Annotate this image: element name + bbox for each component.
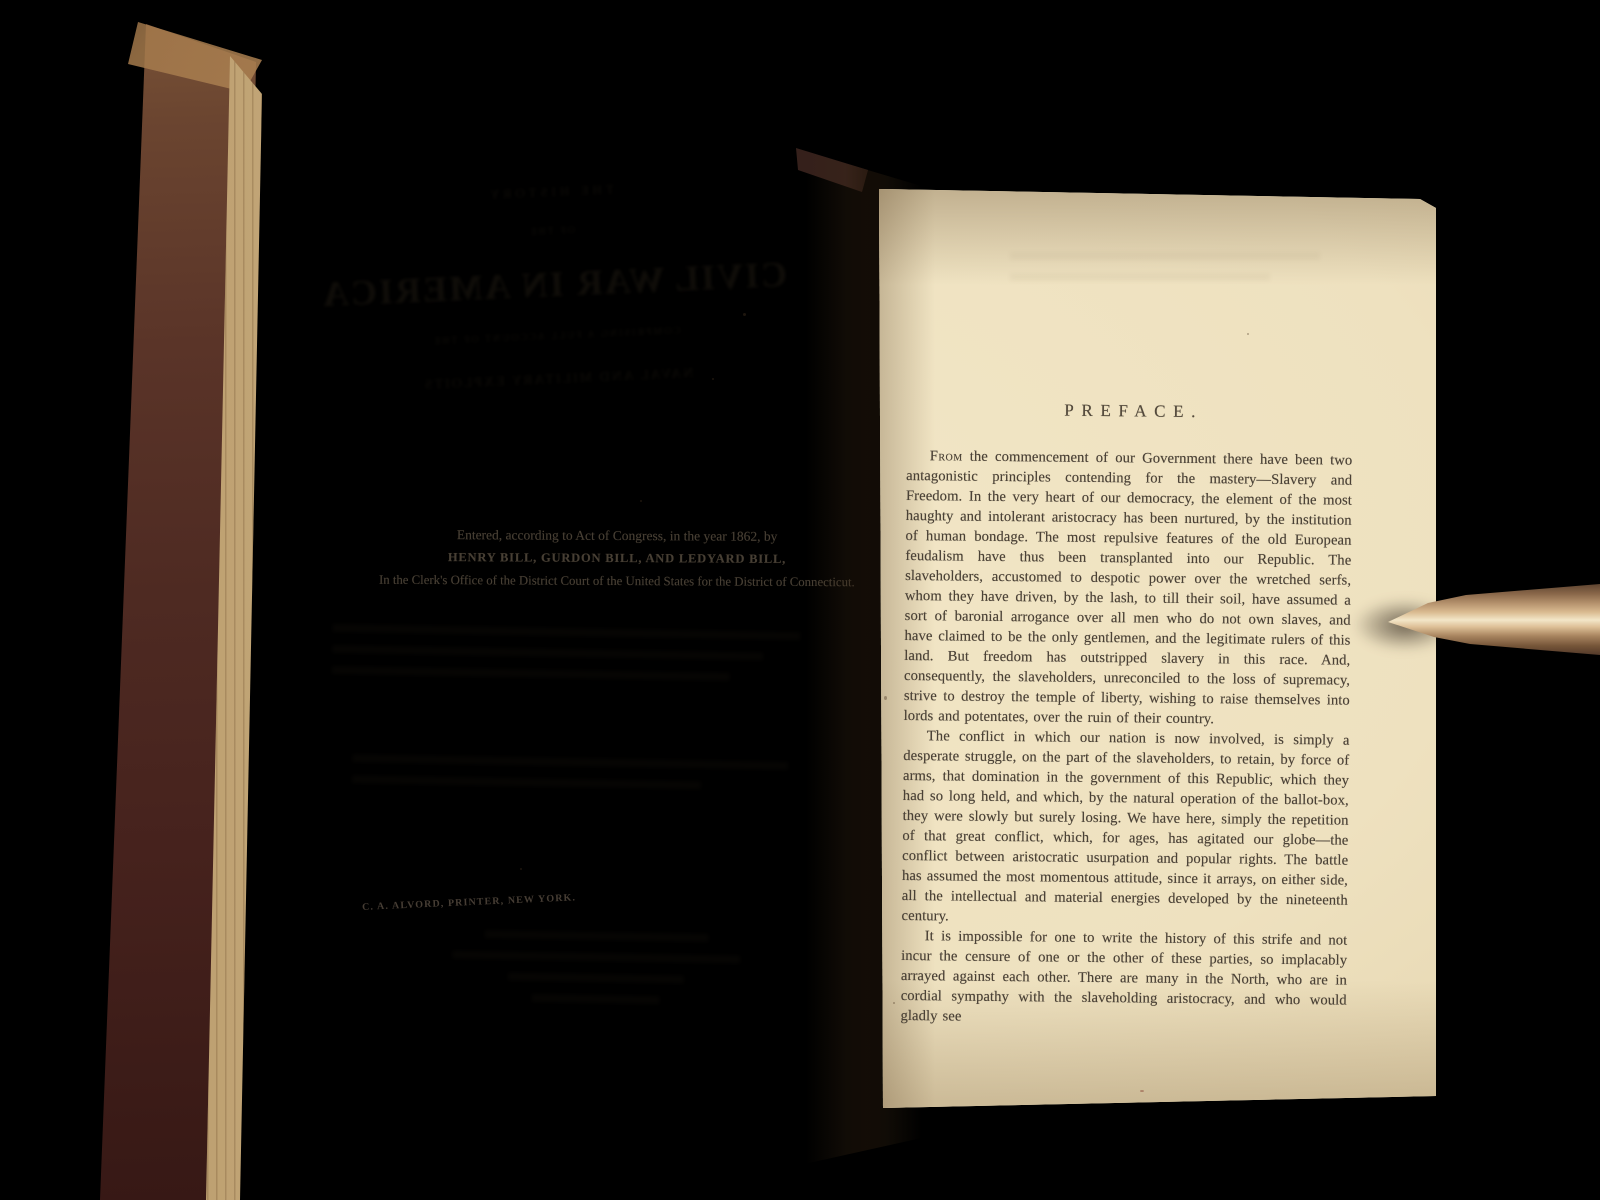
foxing-speck — [893, 1002, 895, 1004]
paragraph-text: the commencement of our Government there… — [904, 449, 1353, 728]
ghost-line: NAVAL AND MILITARY EXPLOITS — [274, 360, 842, 401]
paragraph-text: The conflict in which our nation is now … — [902, 728, 1350, 924]
rust-speck — [1140, 1090, 1144, 1092]
preface-paragraph: The conflict in which our nation is now … — [901, 726, 1349, 931]
foxing-speck — [712, 378, 714, 380]
show-through-smudge — [331, 624, 800, 695]
ghost-line: OF THE — [268, 214, 836, 250]
foxing-speck — [1247, 333, 1249, 335]
foxing-speck — [743, 313, 746, 316]
title-show-through: THE HISTORY OF THE CIVIL WAR IN AMERICA … — [265, 154, 847, 508]
foxing-speck — [1269, 776, 1271, 778]
ghost-line: THE HISTORY — [266, 172, 834, 213]
foxing-speck — [640, 500, 642, 502]
show-through-smudge — [352, 754, 789, 804]
show-through-smudge — [1010, 252, 1320, 294]
preface-text-block: PREFACE. From the commencement of our Go… — [900, 399, 1353, 1031]
paragraph-text: It is impossible for one to write the hi… — [900, 928, 1347, 1024]
book-photograph: THE HISTORY OF THE CIVIL WAR IN AMERICA … — [0, 0, 1600, 1200]
preface-paragraph: From the commencement of our Government … — [904, 446, 1353, 731]
preface-heading: PREFACE. — [907, 399, 1353, 424]
foxing-speck — [884, 696, 887, 700]
ghost-line: CIVIL WAR IN AMERICA — [269, 251, 838, 318]
paragraph-lead: From — [930, 448, 963, 464]
foxing-speck — [520, 868, 522, 870]
show-through-smudge — [435, 929, 756, 1019]
preface-paragraph: It is impossible for one to write the hi… — [900, 926, 1347, 1031]
ghost-line: COMPRISING A FULL ACCOUNT OF THE — [272, 319, 840, 355]
